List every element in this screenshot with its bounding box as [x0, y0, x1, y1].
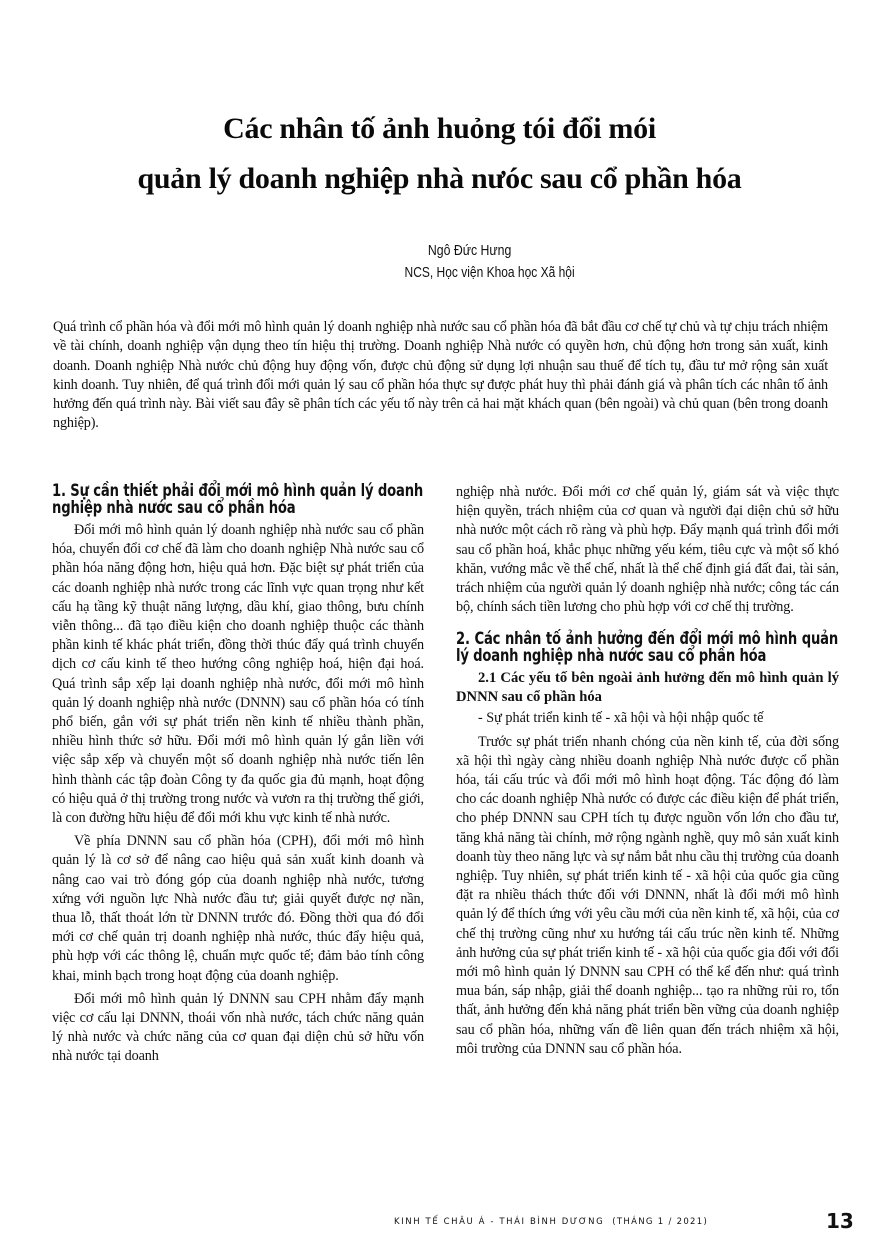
body-paragraph: Đổi mới mô hình quản lý DNNN sau CPH nhằ…	[52, 990, 424, 1067]
body-paragraph: Trước sự phát triển nhanh chóng của nền …	[456, 733, 839, 1059]
article-title-line-2: quản lý doanh nghiệp nhà nưóc sau cổ phầ…	[0, 162, 879, 196]
body-paragraph-continued: nghiệp nhà nước. Đổi mới cơ chế quản lý,…	[456, 483, 839, 617]
journal-issue: (THÁNG 1 / 2021)	[612, 1217, 708, 1227]
journal-name: KINH TẾ CHÂU Á - THÁI BÌNH DƯƠNG	[394, 1217, 604, 1227]
section-2-heading: 2. Các nhân tố ảnh hưởng đến đổi mới mô …	[456, 631, 838, 665]
body-paragraph: Về phía DNNN sau cổ phần hóa (CPH), đổi …	[52, 832, 424, 986]
bullet-item: - Sự phát triển kinh tế - xã hội và hội …	[456, 709, 839, 728]
section-1-heading: 1. Sự cần thiết phải đổi mới mô hình quả…	[52, 483, 423, 517]
right-column: nghiệp nhà nước. Đổi mới cơ chế quản lý,…	[456, 483, 839, 1059]
author-affiliation: NCS, Học viện Khoa học Xã hội	[94, 264, 797, 281]
abstract: Quá trình cổ phần hóa và đổi mới mô hình…	[53, 318, 828, 434]
left-column: 1. Sự cần thiết phải đổi mới mô hình quả…	[52, 483, 424, 1067]
author-name: Ngô Đức Hưng	[85, 242, 806, 259]
subsection-2-1-heading: 2.1 Các yếu tố bên ngoài ảnh hưởng đến m…	[456, 669, 839, 707]
body-paragraph: Đổi mới mô hình quản lý doanh nghiệp nhà…	[52, 521, 424, 828]
page-number: 13	[826, 1209, 854, 1233]
journal-footer: KINH TẾ CHÂU Á - THÁI BÌNH DƯƠNG(THÁNG 1…	[394, 1217, 708, 1227]
article-title-line-1: Các nhân tố ảnh huỏng tói đổi mói	[0, 112, 879, 146]
